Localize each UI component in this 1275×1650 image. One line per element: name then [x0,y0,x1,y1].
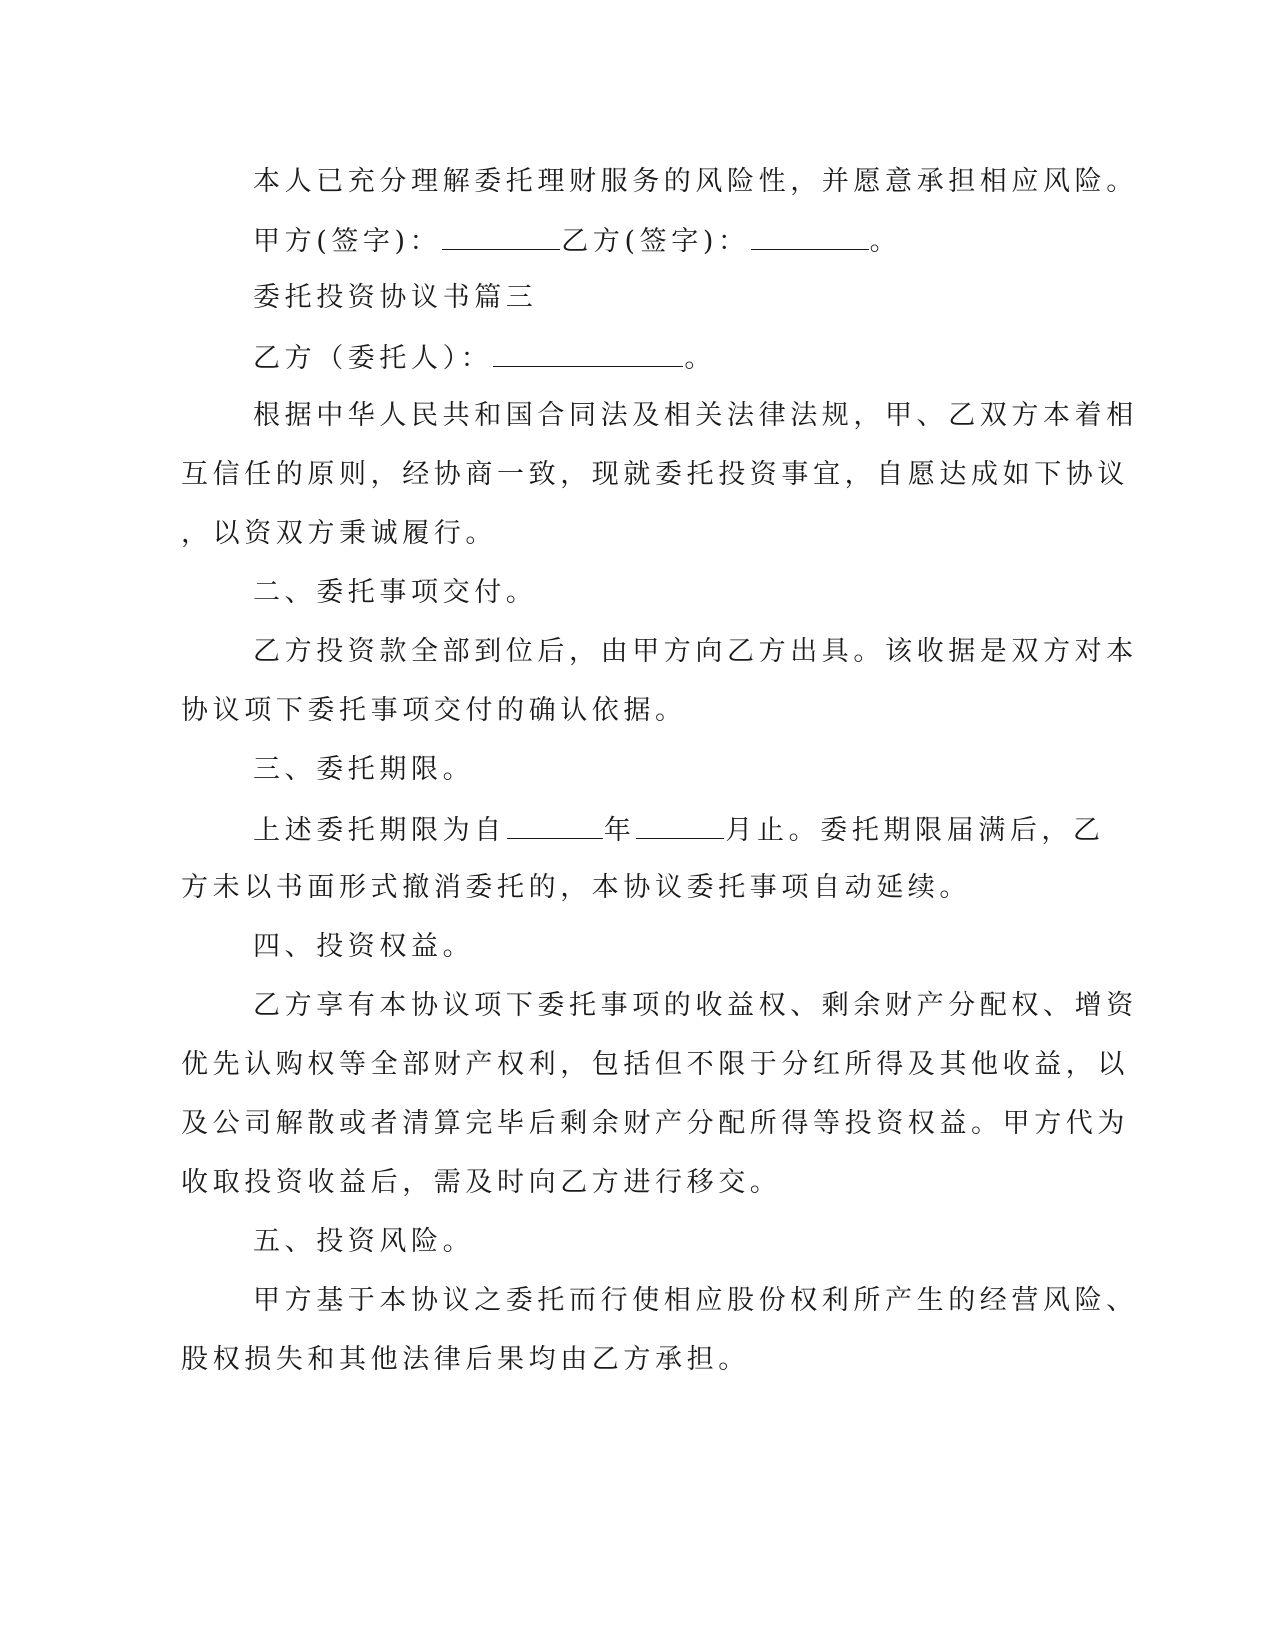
party-a-signature-blank[interactable] [442,223,560,250]
month-blank[interactable] [636,812,724,839]
party-b-name-blank[interactable] [493,340,683,367]
party-b-label: 乙方（委托人）： [253,343,492,374]
paragraph-line: 协议项下委托事项交付的确认依据。 [181,694,687,728]
paragraph-line: 方未以书面形式撤消委托的，本协议委托事项自动延续。 [181,871,971,905]
section-title: 委托投资协议书篇三 [253,281,537,315]
signature-line-end: 。 [870,226,902,257]
paragraph-line: 根据中华人民共和国合同法及相关法律法规，甲、乙双方本着相 [253,399,1138,433]
year-label: 年 [604,815,636,846]
party-a-signature-label: 甲方(签字)： [253,226,441,257]
term-prefix: 上述委托期限为自 [253,815,506,846]
section-heading-2: 二、委托事项交付。 [253,576,537,610]
paragraph-line: 及公司解散或者清算完毕后剩余财产分配所得等投资权益。甲方代为 [181,1107,1129,1141]
signature-line: 甲方(签字)：乙方(签字)：。 [253,223,901,257]
paragraph-line: 股权损失和其他法律后果均由乙方承担。 [181,1343,750,1377]
term-period-line: 上述委托期限为自年月止。委托期限届满后，乙 [253,812,1105,846]
paragraph-line: ，以资双方秉诚履行。 [181,517,497,551]
party-b-line-end: 。 [684,343,716,374]
document-page: 本人已充分理解委托理财服务的风险性，并愿意承担相应风险。 甲方(签字)：乙方(签… [0,0,1275,1650]
section-heading-3: 三、委托期限。 [253,753,474,787]
party-b-signature-label: 乙方(签字)： [561,226,749,257]
year-blank[interactable] [507,812,603,839]
paragraph-line: 收取投资收益后，需及时向乙方进行移交。 [181,1166,781,1200]
paragraph-line: 优先认购权等全部财产权利，包括但不限于分红所得及其他收益，以 [181,1048,1129,1082]
party-b-signature-blank[interactable] [751,223,869,250]
paragraph-line: 甲方基于本协议之委托而行使相应股份权利所产生的经营风险、 [253,1284,1138,1318]
paragraph-line: 乙方享有本协议项下委托事项的收益权、剩余财产分配权、增资 [253,989,1138,1023]
term-suffix: 月止。委托期限届满后，乙 [725,815,1104,846]
paragraph-line: 互信任的原则，经协商一致，现就委托投资事宜，自愿达成如下协议 [181,458,1129,492]
party-b-line: 乙方（委托人）：。 [253,340,716,374]
section-heading-5: 五、投资风险。 [253,1225,474,1259]
risk-acknowledgement: 本人已充分理解委托理财服务的风险性，并愿意承担相应风险。 [253,165,1138,199]
paragraph-line: 乙方投资款全部到位后，由甲方向乙方出具。该收据是双方对本 [253,635,1138,669]
section-heading-4: 四、投资权益。 [253,930,474,964]
